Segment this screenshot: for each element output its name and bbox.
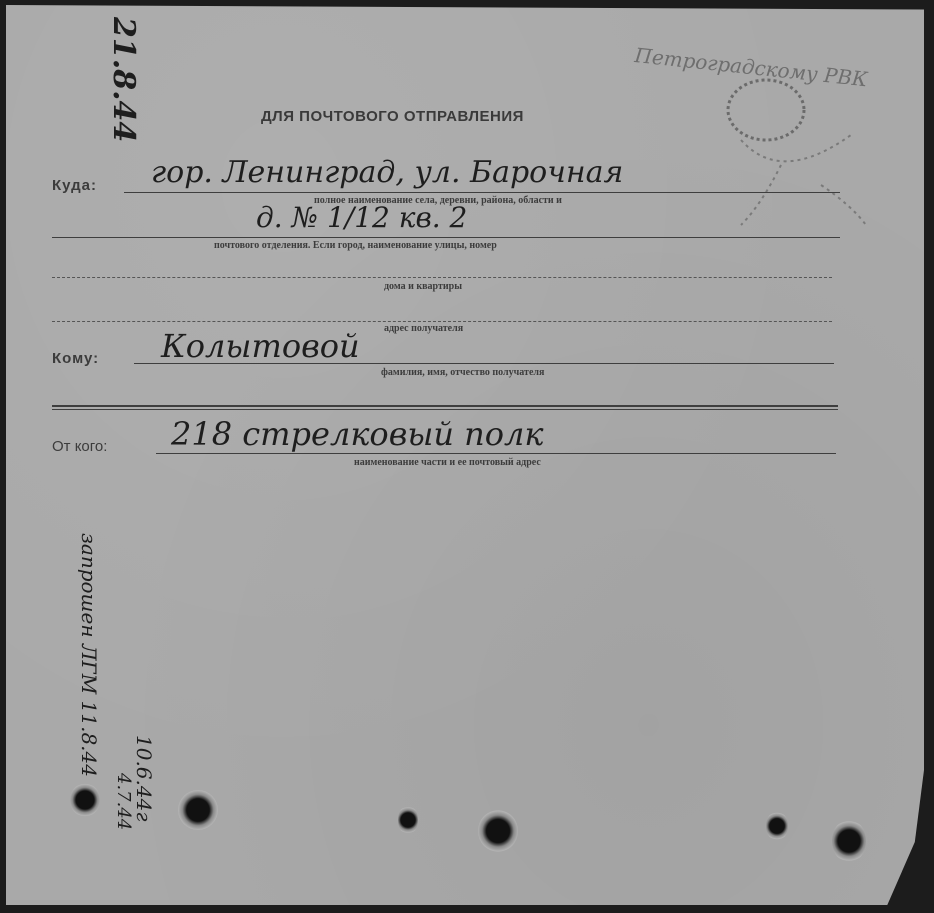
bottom-left-note-2: 4.7.44 (113, 773, 134, 830)
address-underline-3 (52, 277, 832, 278)
sender-underline (156, 453, 836, 454)
to-whom-label: Кому: (52, 350, 99, 367)
address-line-2: д. № 1/12 кв. 2 (256, 201, 467, 234)
hint-line-3: дома и квартиры (384, 281, 462, 292)
address-underline-2 (52, 237, 840, 238)
to-where-label: Куда: (52, 177, 97, 194)
postal-form-paper: ДЛЯ ПОЧТОВОГО ОТПРАВЛЕНИЯ Петроградскому… (6, 5, 924, 905)
hint-line-2: почтового отделения. Если город, наимено… (214, 240, 497, 251)
hint-line-6: наименование части и ее почтовый адрес (354, 457, 541, 468)
separator-bottom (52, 409, 838, 410)
recipient-underline (134, 363, 834, 364)
punch-hole-6 (832, 819, 866, 863)
punch-hole-5 (766, 811, 788, 841)
bottom-left-note-1: 10.6.44г (132, 735, 156, 821)
form-title: ДЛЯ ПОЧТОВОГО ОТПРАВЛЕНИЯ (261, 108, 524, 125)
hint-line-4: адрес получателя (384, 323, 463, 334)
address-line-1: гор. Ленинград, ул. Барочная (151, 155, 623, 190)
punch-hole-3 (398, 805, 418, 835)
from-label: От кого: (52, 438, 107, 455)
punch-hole-2 (178, 790, 218, 830)
address-underline-4 (52, 321, 832, 322)
date-note-top-left: 21.8.44 (106, 17, 141, 142)
pencil-scribble-icon (721, 65, 871, 235)
punch-hole-1 (70, 783, 100, 817)
sender-unit: 218 стрелковый полк (171, 415, 544, 453)
separator-top (52, 405, 838, 407)
address-underline-1 (124, 192, 840, 193)
hint-line-5: фамилия, имя, отчество получателя (381, 367, 544, 378)
punch-hole-4 (478, 810, 518, 852)
recipient-name: Колытовой (161, 327, 360, 365)
left-margin-note: запрошен ЛГМ 11.8.44 (77, 533, 101, 777)
